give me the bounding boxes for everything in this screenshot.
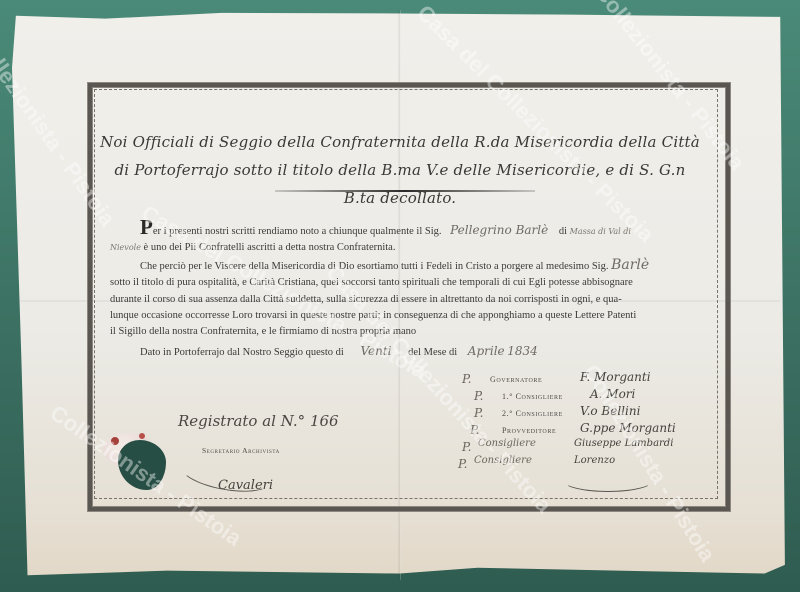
- handwritten-name: Pellegrino Barlè: [450, 223, 548, 237]
- body-line-5: durante il corso di sua assenza dalla Ci…: [110, 292, 720, 308]
- body-line-4: sotto il titolo di pura ospitalità, e Ca…: [110, 275, 720, 291]
- handwritten-month: Aprile: [468, 344, 505, 358]
- body-date-line: Dato in Portoferrajo dal Nostro Seggio q…: [140, 343, 720, 361]
- secretary-signature: Cavaleri: [218, 478, 273, 493]
- handwritten-year: 1834: [507, 344, 538, 358]
- signature-label: 2.° Consigliere: [502, 409, 563, 418]
- signature-label: 1.° Consigliere: [502, 392, 563, 401]
- body-line-7: il Sigillo della nostra Confraternita, e…: [110, 324, 720, 340]
- heading-divider: [275, 190, 535, 192]
- body-line-6: lunque occasione occorresse Loro trovars…: [110, 308, 720, 324]
- handwritten-surname: Barlè: [611, 257, 649, 273]
- signature-label: Provveditore: [502, 426, 556, 435]
- secretary-label: Segretario Archivista: [202, 446, 280, 455]
- signature-name: Lorenzo: [574, 455, 615, 466]
- signature-label: Governatore: [490, 375, 542, 384]
- registration-note: Registrato al N.° 166: [178, 412, 339, 430]
- handwritten-origin-cont: Nievole: [110, 243, 141, 252]
- document-body: Per i presenti nostri scritti rendiamo n…: [140, 222, 720, 361]
- heading-line-1: Noi Officiali di Seggio della Confratern…: [100, 128, 700, 156]
- wax-seal-red-mark: [139, 433, 145, 439]
